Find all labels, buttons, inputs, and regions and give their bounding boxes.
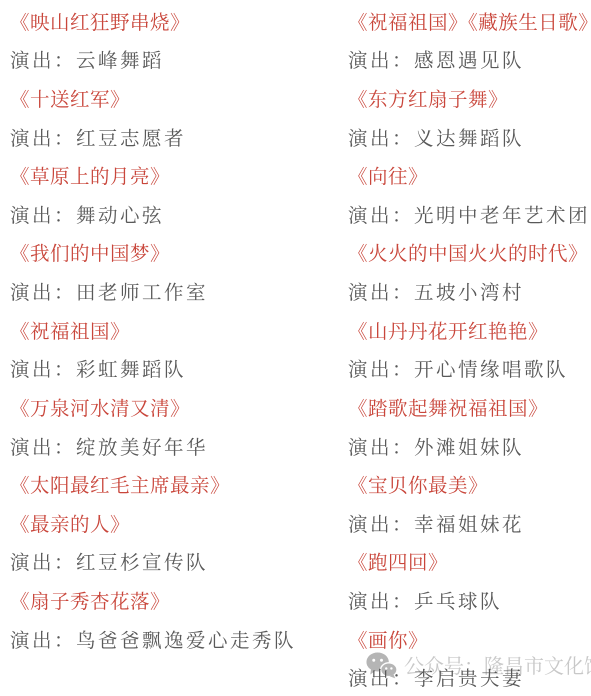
program-performer: 演出：李启贵夫妻 bbox=[348, 658, 591, 696]
program-title: 《山丹丹花开红艳艳》 bbox=[348, 310, 591, 349]
program-title: 《太阳最红毛主席最亲》 bbox=[10, 465, 344, 504]
program-title: 《宝贝你最美》 bbox=[348, 465, 591, 504]
program-title: 《跑四回》 bbox=[348, 542, 591, 581]
program-performer: 演出：红豆志愿者 bbox=[10, 117, 344, 156]
program-performer: 演出：云峰舞蹈 bbox=[10, 40, 344, 79]
program-performer: 演出：感恩遇见队 bbox=[348, 40, 591, 79]
program-title: 《祝福祖国》《藏族生日歌》 bbox=[348, 2, 591, 41]
program-title: 《火火的中国火火的时代》 bbox=[348, 233, 591, 272]
program-title: 《踏歌起舞祝福祖国》 bbox=[348, 388, 591, 427]
program-title: 《我们的中国梦》 bbox=[10, 233, 344, 272]
program-title: 《向往》 bbox=[348, 156, 591, 195]
program-title: 《扇子秀杏花落》 bbox=[10, 581, 344, 620]
program-performer: 演出：鸟爸爸飘逸爱心走秀队 bbox=[10, 619, 344, 658]
program-performer: 演出：五坡小湾村 bbox=[348, 272, 591, 311]
program-performer: 演出：彩虹舞蹈队 bbox=[10, 349, 344, 388]
program-title: 《映山红狂野串烧》 bbox=[10, 2, 344, 41]
program-performer: 演出：幸福姐妹花 bbox=[348, 503, 591, 542]
program-column-right: 《祝福祖国》《藏族生日歌》演出：感恩遇见队《东方红扇子舞》演出：义达舞蹈队《向往… bbox=[348, 2, 591, 696]
program-performer: 演出：义达舞蹈队 bbox=[348, 117, 591, 156]
program-performer: 演出：田老师工作室 bbox=[10, 272, 344, 311]
program-title: 《祝福祖国》 bbox=[10, 310, 344, 349]
program-title: 《十送红军》 bbox=[10, 79, 344, 118]
program-title: 《最亲的人》 bbox=[10, 503, 344, 542]
program-performer: 演出：红豆杉宣传队 bbox=[10, 542, 344, 581]
program-performer: 演出：乒乓球队 bbox=[348, 581, 591, 620]
program-performer: 演出：光明中老年艺术团 bbox=[348, 195, 591, 234]
program-performer: 演出：舞动心弦 bbox=[10, 195, 344, 234]
program-column-left: 《映山红狂野串烧》演出：云峰舞蹈《十送红军》演出：红豆志愿者《草原上的月亮》演出… bbox=[10, 2, 344, 658]
program-title: 《画你》 bbox=[348, 619, 591, 658]
program-performer: 演出：外滩姐妹队 bbox=[348, 426, 591, 465]
program-performer: 演出：绽放美好年华 bbox=[10, 426, 344, 465]
program-title: 《万泉河水清又清》 bbox=[10, 388, 344, 427]
program-title: 《东方红扇子舞》 bbox=[348, 79, 591, 118]
program-performer: 演出：开心情缘唱歌队 bbox=[348, 349, 591, 388]
program-title: 《草原上的月亮》 bbox=[10, 156, 344, 195]
